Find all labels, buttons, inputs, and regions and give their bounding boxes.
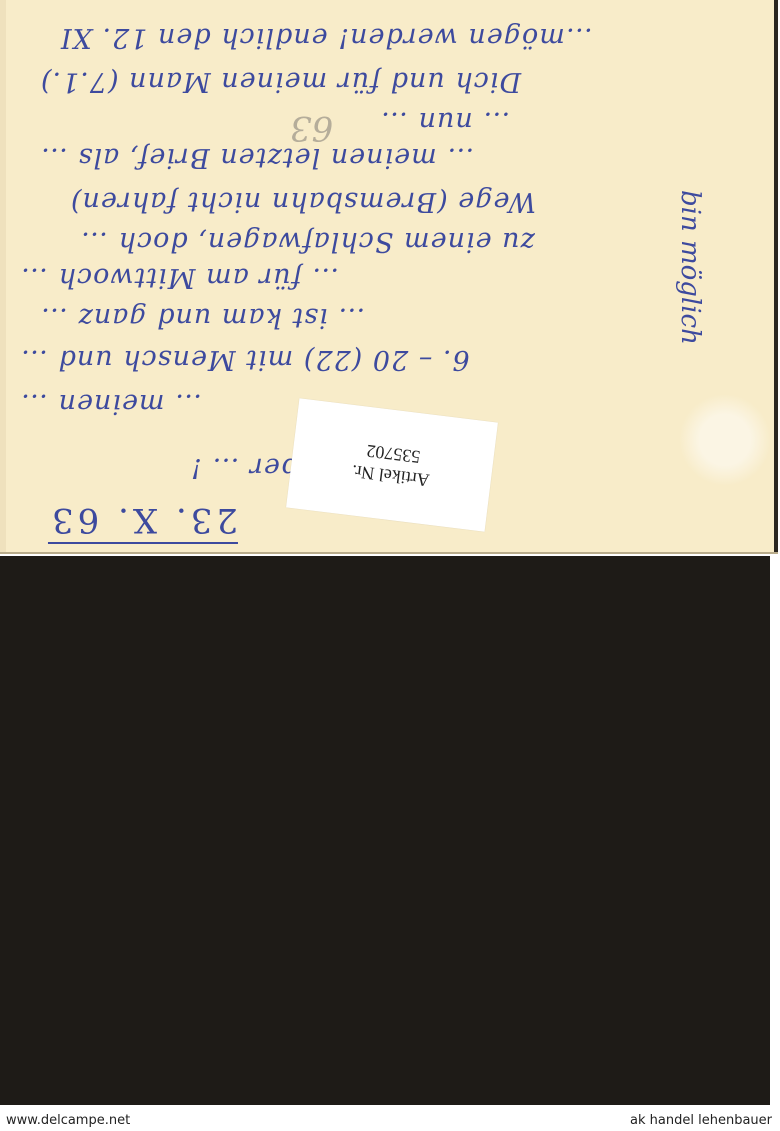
side-note: bin möglich: [675, 190, 705, 345]
scan-edge: [0, 0, 6, 552]
scan-edge: [774, 0, 778, 552]
scan-edge: [0, 556, 770, 1105]
handwriting-line: … meinen …: [20, 388, 202, 419]
paper-stain: [680, 395, 770, 485]
date-mark: 23. X. 63: [48, 500, 238, 540]
handwriting-line: zu einem Schlafwagen, doch …: [80, 226, 535, 257]
handwriting-line: … meinen letzten Brief, als …: [40, 142, 474, 173]
article-number-label: Artikel Nr. 535702: [286, 398, 498, 532]
seller-name: ak handel lehenbauer: [630, 1113, 772, 1128]
site-link[interactable]: www.delcampe.net: [6, 1113, 130, 1128]
handwriting-line: … nun …: [380, 106, 510, 137]
handwriting-line: 6. – 20 (22) mit Mensch und …: [20, 344, 470, 375]
watermark-bar: www.delcampe.net ak handel lehenbauer: [0, 1111, 780, 1131]
pencil-number: 63: [290, 108, 333, 148]
handwriting-line: …mögen werden! endlich den 12. XI: [60, 22, 593, 53]
postcard-reverse: …mögen werden! endlich den 12. XI Dich u…: [0, 0, 778, 554]
handwriting-line: … ist kam und ganz …: [40, 302, 365, 333]
handwriting-line: Dich und für meinen Mann (7.1.): [40, 66, 521, 97]
handwriting-line: … für am Mittwoch …: [20, 262, 339, 293]
handwriting-line: Wege (Bremsbahn nicht fahren): [70, 186, 536, 217]
